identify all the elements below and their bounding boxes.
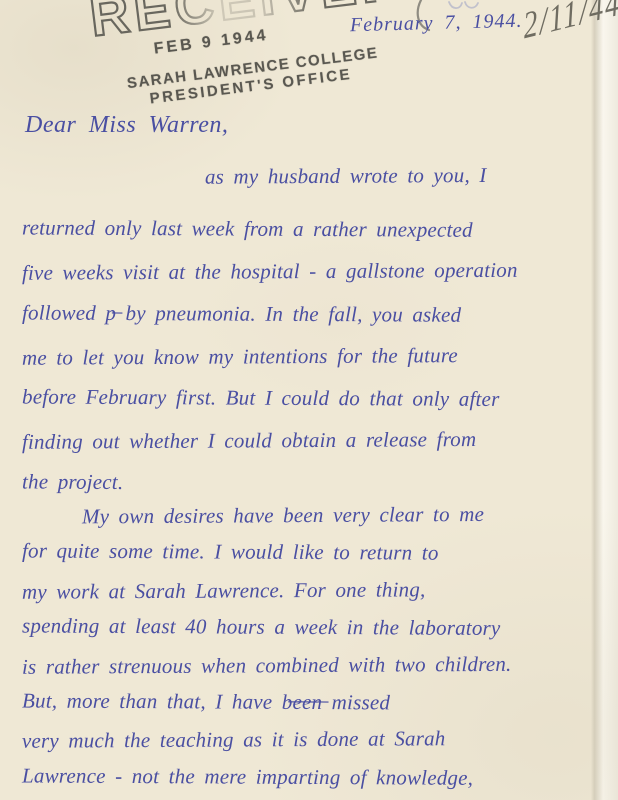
handwritten-date: February 7, 1944. [350,10,523,38]
received-stamp: RECEIVED FEB 9 1944 SARAH LAWRENCE COLLE… [87,0,386,114]
letter-line: very much the teaching as it is done at … [22,726,612,767]
paragraph-2: My own desires have been very clear to m… [22,503,612,800]
letter-line: Lawrence - not the mere imparting of kno… [22,763,612,800]
letter-line: before February first. But I could do th… [22,385,612,430]
letter-line: for quite some time. I would like to ret… [22,539,612,579]
letter-line: spending at least 40 hours a week in the… [22,614,612,654]
letter-line: my work at Sarah Lawrence. For one thing… [22,576,612,617]
letter-line: returned only last week from a rather un… [22,215,612,260]
letter-line: five weeks visit at the hospital - a gal… [22,257,612,303]
paragraph-1: as my husband wrote to you, I returned o… [22,164,612,513]
letter-line: finding out whether I could obtain a rel… [22,427,612,473]
salutation-line: Dear Miss Warren, [25,112,228,139]
letter-line: But, more than that, I have b̶e̶e̶n̶ mis… [22,688,612,728]
letter-line: me to let you know my intentions for the… [22,342,612,388]
letter-line: is rather strenuous when combined with t… [22,651,612,692]
scanned-letter-page: RECEIVED FEB 9 1944 SARAH LAWRENCE COLLE… [0,0,618,800]
letter-line: followed p̶ by pneumonia. In the fall, y… [22,300,612,345]
letter-line: as my husband wrote to you, I [22,162,612,219]
pencil-date-note: 2/11/44 [522,0,618,49]
letter-line: My own desires have been very clear to m… [22,501,612,542]
